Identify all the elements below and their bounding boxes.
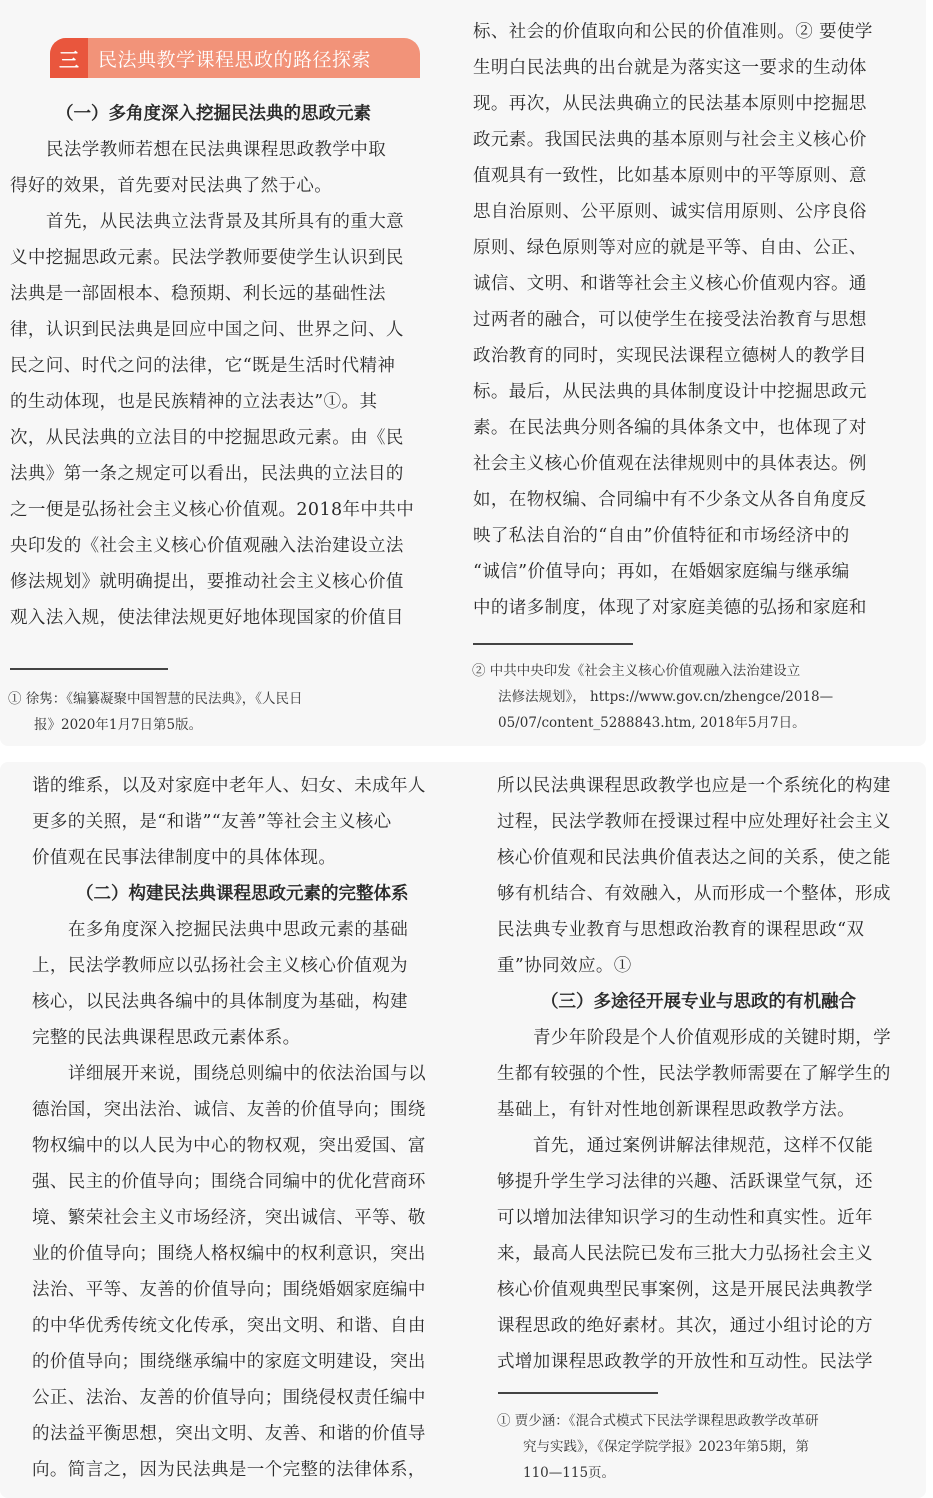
text-line: 法典是一部固根本、稳预期、利长远的基础性法 [10, 276, 420, 312]
text-line: 义中挖掘思政元素。民法学教师要使学生认识到民 [10, 240, 420, 276]
text-line: 诚信、文明、和谐等社会主义核心价值观内容。通 [473, 266, 893, 302]
text-line: 得好的效果，首先要对民法典了然于心。 [10, 168, 420, 204]
text-line: 值观具有一致性，比如基本原则中的平等原则、意 [473, 158, 893, 194]
text-line: 过两者的融合，可以使学生在接受法治教育与思想 [473, 302, 893, 338]
top-left-column: （一）多角度深入挖掘民法典的思政元素 民法学教师若想在民法典课程思政教学中取得好… [10, 96, 420, 636]
footnote-text: 110—115页。 [497, 1460, 917, 1486]
footnote-divider [10, 668, 168, 670]
footnote-marker: ② [472, 663, 486, 679]
paragraph-lines: 所以民法典课程思政教学也应是一个系统化的构建过程，民法学教师在授课过程中应处理好… [497, 768, 909, 984]
text-line: 观入法入规，使法律法规更好地体现国家的价值目 [10, 600, 420, 636]
text-line: 法典》第一条之规定可以看出，民法典的立法目的 [10, 456, 420, 492]
text-line: 政治教育的同时，实现民法课程立德树人的教学目 [473, 338, 893, 374]
text-line: 来，最高人民法院已发布三批大力弘扬社会主义 [497, 1236, 909, 1272]
footnote-text: 法修法规划》， https://www.gov.cn/zhengce/2018— [472, 684, 892, 710]
text-line: 所以民法典课程思政教学也应是一个系统化的构建 [497, 768, 909, 804]
text-line: 律，认识到民法典是回应中国之问、世界之问、人 [10, 312, 420, 348]
text-line: 标、社会的价值取向和公民的价值准则。② 要使学 [473, 14, 893, 50]
footnote-divider [498, 1392, 658, 1394]
paragraph-lines: 民法学教师若想在民法典课程思政教学中取得好的效果，首先要对民法典了然于心。首先，… [10, 132, 420, 636]
document-page-bottom: 谐的维系，以及对家庭中老年人、妇女、未成年人更多的关照，是“和谐”“友善”等社会… [0, 762, 926, 1498]
footnote-text: 贾少涵：《混合式模式下民法学课程思政教学改革研 [515, 1413, 819, 1429]
text-line: 青少年阶段是个人价值观形成的关键时期，学 [497, 1020, 909, 1056]
text-line: 次，从民法典的立法目的中挖掘思政元素。由《民 [10, 420, 420, 456]
text-line: 核心，以民法典各编中的具体制度为基础，构建 [32, 984, 444, 1020]
text-line: 在多角度深入挖掘民法典中思政元素的基础 [32, 912, 444, 948]
text-line: 现。再次，从民法典确立的民法基本原则中挖掘思 [473, 86, 893, 122]
text-line: 够提升学生学习法律的兴趣、活跃课堂气氛，还 [497, 1164, 909, 1200]
text-line: 的价值导向；围绕继承编中的家庭文明建设，突出 [32, 1344, 444, 1380]
text-line: 更多的关照，是“和谐”“友善”等社会主义核心 [32, 804, 444, 840]
text-line: 向。简言之，因为民法典是一个完整的法律体系， [32, 1452, 444, 1488]
footnote-marker: ① [8, 691, 22, 707]
text-line: 谐的维系，以及对家庭中老年人、妇女、未成年人 [32, 768, 444, 804]
text-line: 境、繁荣社会主义市场经济，突出诚信、平等、敬 [32, 1200, 444, 1236]
text-line: 中的诸多制度，体现了对家庭美德的弘扬和家庭和 [473, 590, 893, 626]
text-line: 过程，民法学教师在授课过程中应处理好社会主义 [497, 804, 909, 840]
text-line: 映了私法自治的“自由”价值特征和市场经济中的 [473, 518, 893, 554]
text-line: 完整的民法典课程思政元素体系。 [32, 1020, 444, 1056]
text-line: 政元素。我国民法典的基本原则与社会主义核心价 [473, 122, 893, 158]
text-line: 修法规划》就明确提出，要推动社会主义核心价值 [10, 564, 420, 600]
text-line: 思自治原则、公平原则、诚实信用原则、公序良俗 [473, 194, 893, 230]
bottom-left-column: 谐的维系，以及对家庭中老年人、妇女、未成年人更多的关照，是“和谐”“友善”等社会… [32, 768, 444, 1488]
text-line: 社会主义核心价值观在法律规则中的具体表达。例 [473, 446, 893, 482]
footnote-text: 究与实践》，《保定学院学报》2023年第5期，第 [497, 1434, 917, 1460]
text-line: 式增加课程思政教学的开放性和互动性。民法学 [497, 1344, 909, 1380]
text-line: 核心价值观和民法典价值表达之间的关系，使之能 [497, 840, 909, 876]
text-line: 基础上，有针对性地创新课程思政教学方法。 [497, 1092, 909, 1128]
text-line: 首先，从民法典立法背景及其所具有的重大意 [10, 204, 420, 240]
section-banner: 三 民法典教学课程思政的路径探索 [50, 38, 420, 78]
text-line: 的生动体现，也是民族精神的立法表达”①。其 [10, 384, 420, 420]
paragraph-lines: 谐的维系，以及对家庭中老年人、妇女、未成年人更多的关照，是“和谐”“友善”等社会… [32, 768, 444, 876]
text-line: 公正、法治、友善的价值导向；围绕侵权责任编中 [32, 1380, 444, 1416]
subheading-2: （二）构建民法典课程思政元素的完整体系 [32, 876, 444, 912]
text-line: 价值观在民事法律制度中的具体体现。 [32, 840, 444, 876]
text-line: 可以增加法律知识学习的生动性和真实性。近年 [497, 1200, 909, 1236]
section-title: 民法典教学课程思政的路径探索 [88, 45, 371, 72]
bottom-right-column: 所以民法典课程思政教学也应是一个系统化的构建过程，民法学教师在授课过程中应处理好… [497, 768, 909, 1380]
footnote-text: 报》2020年1月7日第5版。 [8, 712, 428, 738]
text-line: 民法学教师若想在民法典课程思政教学中取 [10, 132, 420, 168]
footnote-divider [473, 643, 633, 645]
footnote-text: 徐隽：《编纂凝聚中国智慧的民法典》，《人民日 [26, 691, 303, 707]
text-line: 如，在物权编、合同编中有不少条文从各自角度反 [473, 482, 893, 518]
footnote-text: 中共中央印发《社会主义核心价值观融入法治建设立 [490, 663, 801, 679]
text-line: 德治国，突出法治、诚信、友善的价值导向；围绕 [32, 1092, 444, 1128]
footnote-3: ① 贾少涵：《混合式模式下民法学课程思政教学改革研 究与实践》，《保定学院学报》… [497, 1408, 917, 1486]
text-line: 首先，通过案例讲解法律规范，这样不仅能 [497, 1128, 909, 1164]
subheading-1: （一）多角度深入挖掘民法典的思政元素 [10, 96, 420, 132]
text-line: “诚信”价值导向；再如，在婚姻家庭编与继承编 [473, 554, 893, 590]
text-line: 央印发的《社会主义核心价值观融入法治建设立法 [10, 528, 420, 564]
paragraph-lines: 标、社会的价值取向和公民的价值准则。② 要使学生明白民法典的出台就是为落实这一要… [473, 14, 893, 626]
footnote-text: 05/07/content_5288843.htm, 2018年5月7日。 [472, 710, 892, 736]
footnote-marker: ① [497, 1413, 511, 1429]
paragraph-lines: 在多角度深入挖掘民法典中思政元素的基础上，民法学教师应以弘扬社会主义核心价值观为… [32, 912, 444, 1488]
footnote-1: ① 徐隽：《编纂凝聚中国智慧的民法典》，《人民日 报》2020年1月7日第5版。 [8, 686, 428, 738]
document-page-top: 三 民法典教学课程思政的路径探索 （一）多角度深入挖掘民法典的思政元素 民法学教… [0, 0, 926, 746]
text-line: 法治、平等、友善的价值导向；围绕婚姻家庭编中 [32, 1272, 444, 1308]
text-line: 课程思政的绝好素材。其次，通过小组讨论的方 [497, 1308, 909, 1344]
text-line: 核心价值观典型民事案例，这是开展民法典教学 [497, 1272, 909, 1308]
text-line: 素。在民法典分则各编的具体条文中，也体现了对 [473, 410, 893, 446]
text-line: 民之问、时代之问的法律，它“既是生活时代精神 [10, 348, 420, 384]
text-line: 生都有较强的个性，民法学教师需要在了解学生的 [497, 1056, 909, 1092]
text-line: 物权编中的以人民为中心的物权观，突出爱国、富 [32, 1128, 444, 1164]
text-line: 强、民主的价值导向；围绕合同编中的优化营商环 [32, 1164, 444, 1200]
text-line: 重”协同效应。① [497, 948, 909, 984]
text-line: 之一便是弘扬社会主义核心价值观。2018年中共中 [10, 492, 420, 528]
text-line: 的中华优秀传统文化传承，突出文明、和谐、自由 [32, 1308, 444, 1344]
text-line: 业的价值导向；围绕人格权编中的权利意识，突出 [32, 1236, 444, 1272]
section-number: 三 [50, 38, 88, 78]
footnote-2: ② 中共中央印发《社会主义核心价值观融入法治建设立 法修法规划》， https:… [472, 658, 892, 736]
text-line: 详细展开来说，围绕总则编中的依法治国与以 [32, 1056, 444, 1092]
text-line: 民法典专业教育与思想政治教育的课程思政“双 [497, 912, 909, 948]
text-line: 够有机结合、有效融入，从而形成一个整体，形成 [497, 876, 909, 912]
text-line: 的法益平衡思想，突出文明、友善、和谐的价值导 [32, 1416, 444, 1452]
text-line: 原则、绿色原则等对应的就是平等、自由、公正、 [473, 230, 893, 266]
paragraph-lines: 青少年阶段是个人价值观形成的关键时期，学生都有较强的个性，民法学教师需要在了解学… [497, 1020, 909, 1380]
text-line: 标。最后，从民法典的具体制度设计中挖掘思政元 [473, 374, 893, 410]
text-line: 生明白民法典的出台就是为落实这一要求的生动体 [473, 50, 893, 86]
subheading-3: （三）多途径开展专业与思政的有机融合 [497, 984, 909, 1020]
top-right-column: 标、社会的价值取向和公民的价值准则。② 要使学生明白民法典的出台就是为落实这一要… [473, 14, 893, 626]
text-line: 上，民法学教师应以弘扬社会主义核心价值观为 [32, 948, 444, 984]
